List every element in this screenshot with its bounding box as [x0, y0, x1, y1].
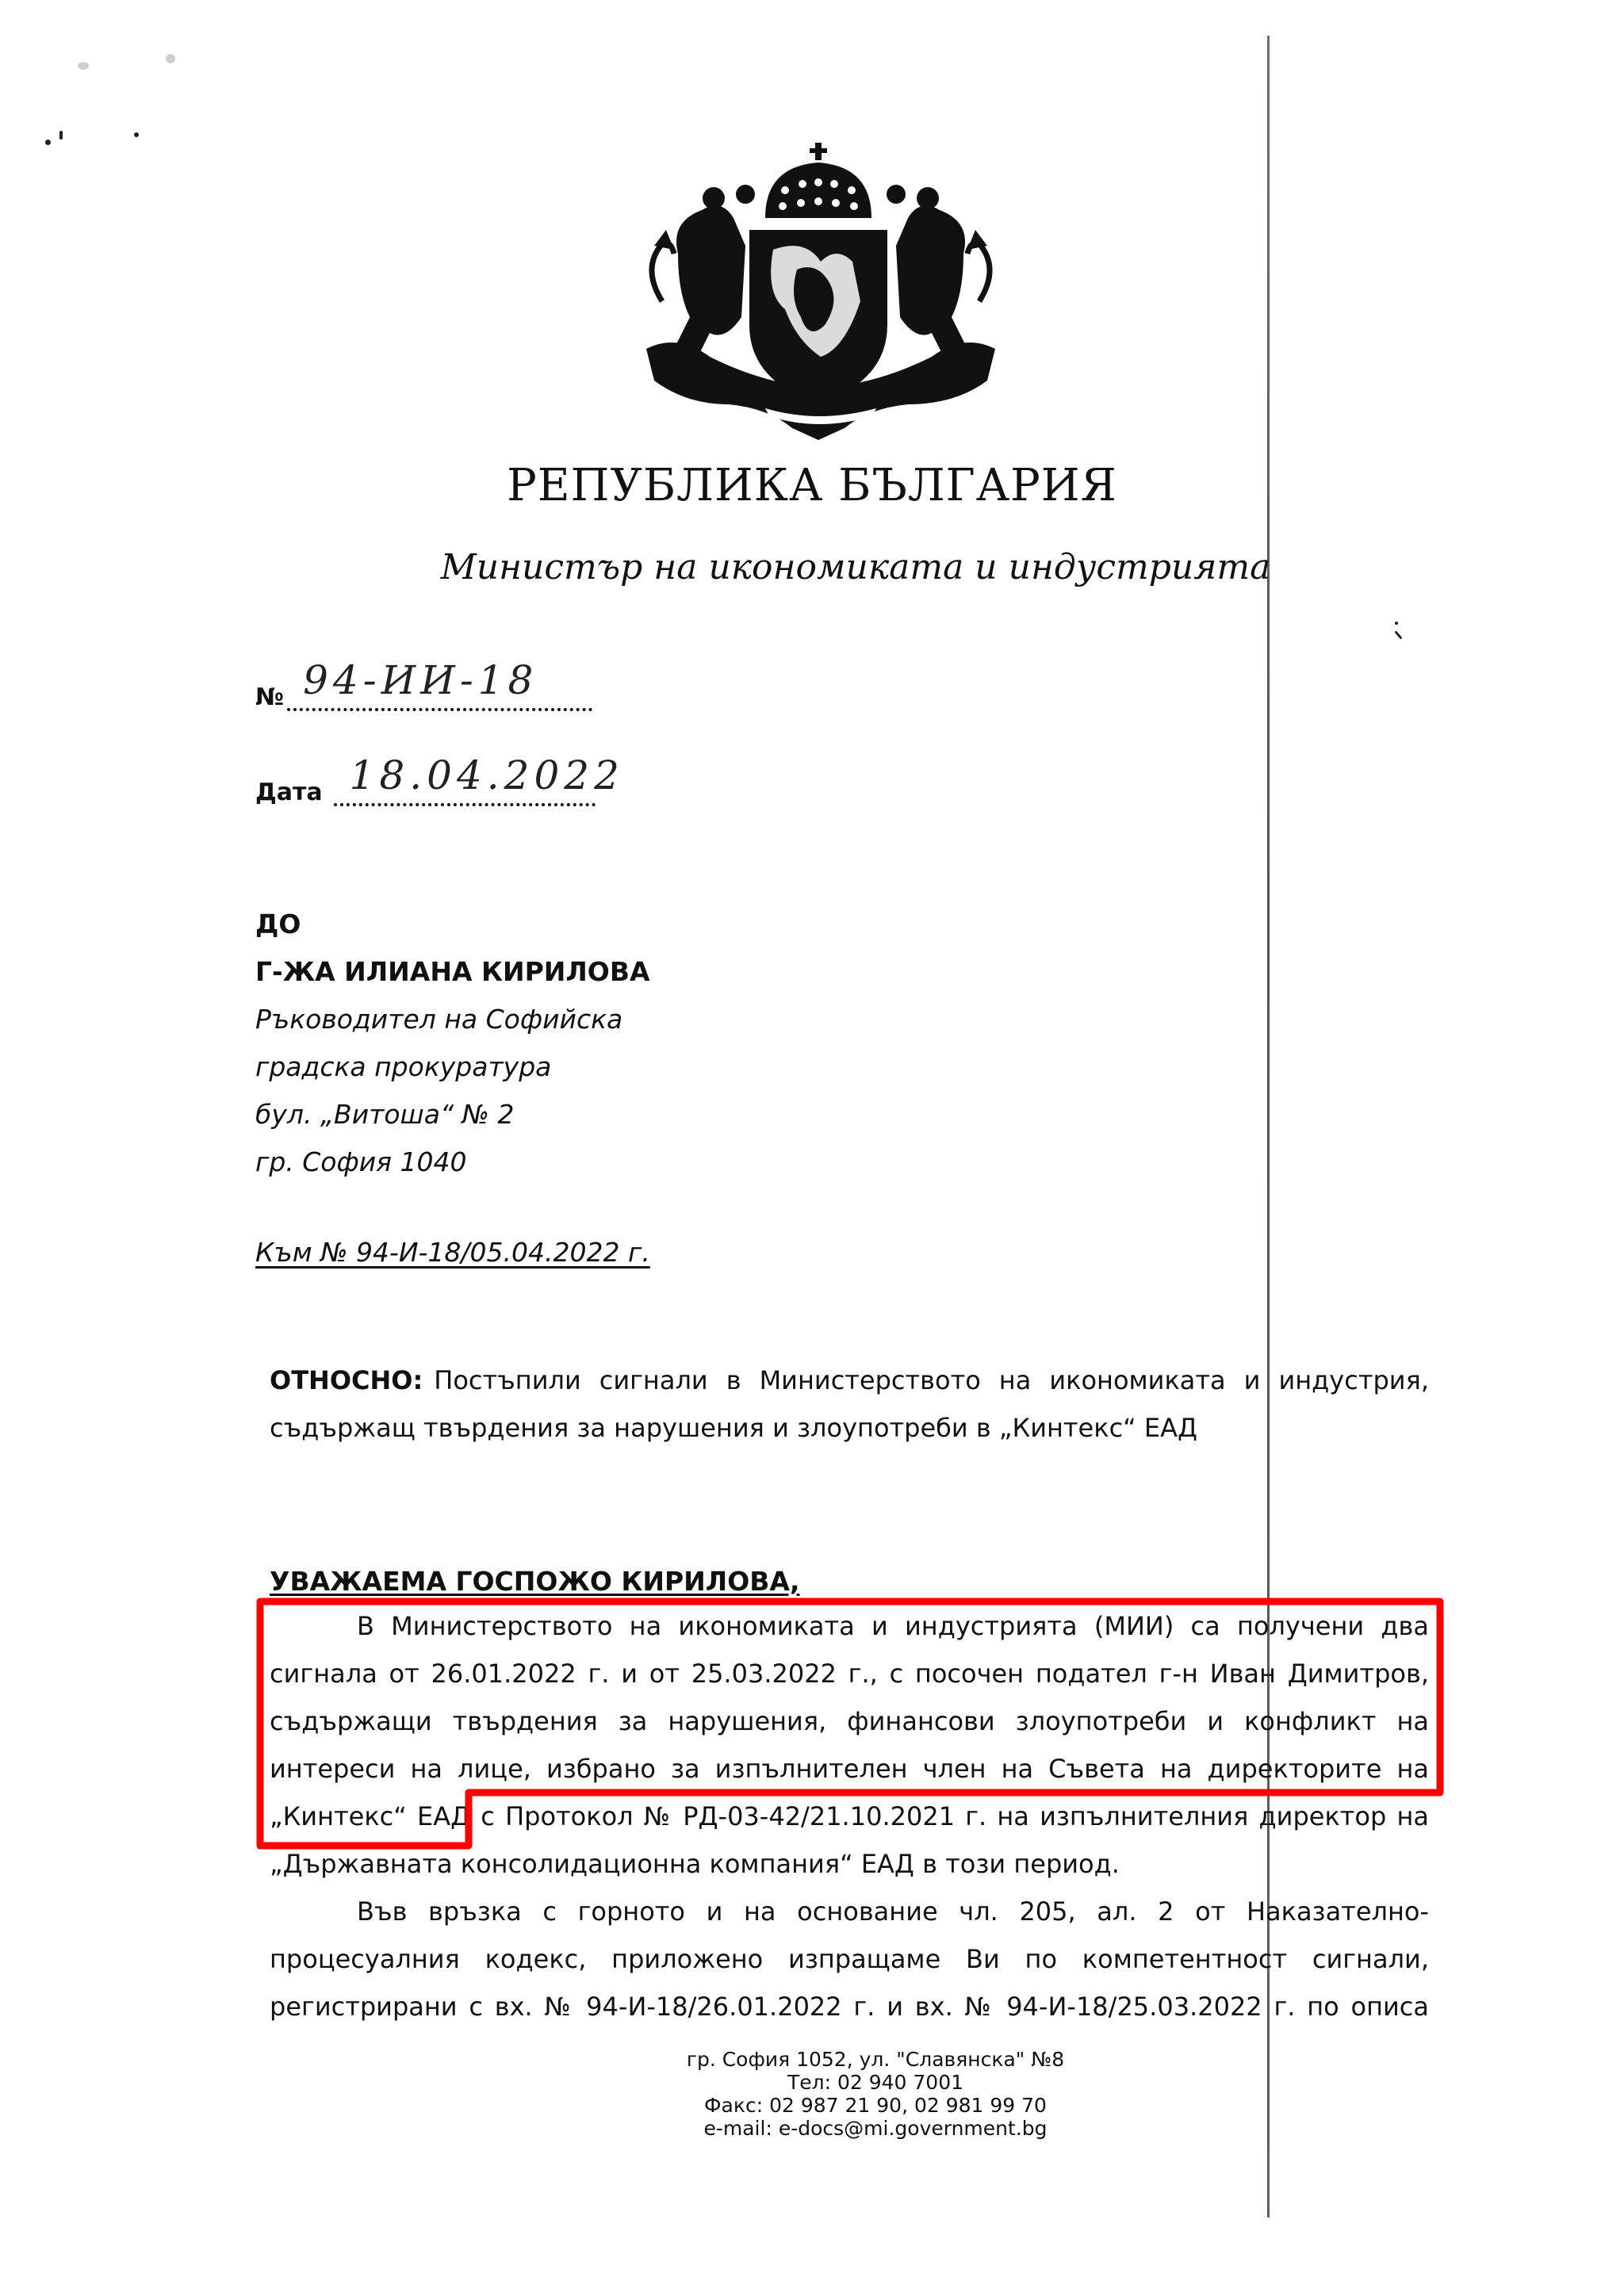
- footer-phone: Тел: 02 940 7001: [127, 2071, 1624, 2094]
- body-line: Във връзка с горното и на основание чл. …: [270, 1896, 1429, 1927]
- registration-number-value: 94-ИИ-18: [303, 657, 538, 703]
- footer-address: гр. София 1052, ул. "Славянска" №8: [127, 2048, 1624, 2071]
- body-line: процесуалния кодекс, приложено изпращаме…: [270, 1944, 1429, 1974]
- subject-text: Постъпили сигнали в Министерството на ик…: [434, 1365, 1429, 1395]
- footer-email: e-mail: e-docs@mi.government.bg: [127, 2117, 1624, 2140]
- body-line: „Кинтекс“ ЕАД с Протокол № РД-03-42/21.1…: [270, 1801, 1429, 1831]
- body-line: регистрирани с вх. № 94-И-18/26.01.2022 …: [270, 1992, 1429, 2022]
- scan-speck: [1394, 630, 1402, 639]
- body-line: съдържащи твърдения за нарушения, финанс…: [270, 1706, 1429, 1736]
- subject-line-2: съдържащ твърдения за нарушения и злоупо…: [270, 1413, 1429, 1443]
- registration-date-value: 18.04.2022: [350, 752, 624, 798]
- scan-speck: [78, 62, 89, 70]
- subject-label: ОТНОСНО:: [270, 1365, 423, 1395]
- registration-date-field: Дата 18.04.2022: [255, 779, 596, 806]
- registration-number-label: №: [255, 683, 284, 711]
- scan-speck: [45, 140, 51, 145]
- ministry-contact-footer: гр. София 1052, ул. "Славянска" №8 Тел: …: [0, 2048, 1624, 2140]
- registration-number-dots: 94-ИИ-18: [287, 687, 592, 711]
- scan-speck: [1395, 622, 1398, 625]
- addressee-line: бул. „Витоша“ № 2: [255, 1099, 514, 1130]
- addressee-line: гр. София 1040: [255, 1146, 466, 1177]
- body-line: „Държавната консолидационна компания“ ЕА…: [270, 1849, 1429, 1879]
- registration-number-field: № 94-ИИ-18: [255, 683, 592, 711]
- addressee-to: ДО: [255, 909, 301, 939]
- scan-speck: [134, 132, 139, 137]
- body-line: интереси на лице, избрано за изпълнителе…: [270, 1754, 1429, 1784]
- salutation: УВАЖАЕМА ГОСПОЖО КИРИЛОВА,: [270, 1566, 799, 1597]
- scan-fold-line: [1267, 36, 1270, 2218]
- scan-speck: [59, 131, 63, 140]
- ministry-title: Министър на икономиката и индустрията: [0, 547, 1624, 587]
- body-line: В Министерството на икономиката и индуст…: [270, 1611, 1429, 1641]
- registration-date-label: Дата: [255, 779, 323, 806]
- addressee-line: градска прокуратура: [255, 1051, 551, 1082]
- registration-date-dots: 18.04.2022: [334, 783, 596, 806]
- footer-fax: Факс: 02 987 21 90, 02 981 99 70: [127, 2094, 1624, 2117]
- addressee-name: Г-ЖА ИЛИАНА КИРИЛОВА: [255, 956, 650, 987]
- body-line: сигнала от 26.01.2022 г. и от 25.03.2022…: [270, 1659, 1429, 1689]
- reference-number: Към № 94-И-18/05.04.2022 г.: [255, 1237, 650, 1268]
- subject-line: ОТНОСНО: Постъпили сигнали в Министерств…: [270, 1365, 1429, 1395]
- addressee-line: Ръководител на Софийска: [255, 1004, 622, 1035]
- scan-speck: [166, 54, 175, 63]
- coat-of-arms-icon: [646, 143, 995, 444]
- country-title: РЕПУБЛИКА БЪЛГАРИЯ: [0, 460, 1624, 511]
